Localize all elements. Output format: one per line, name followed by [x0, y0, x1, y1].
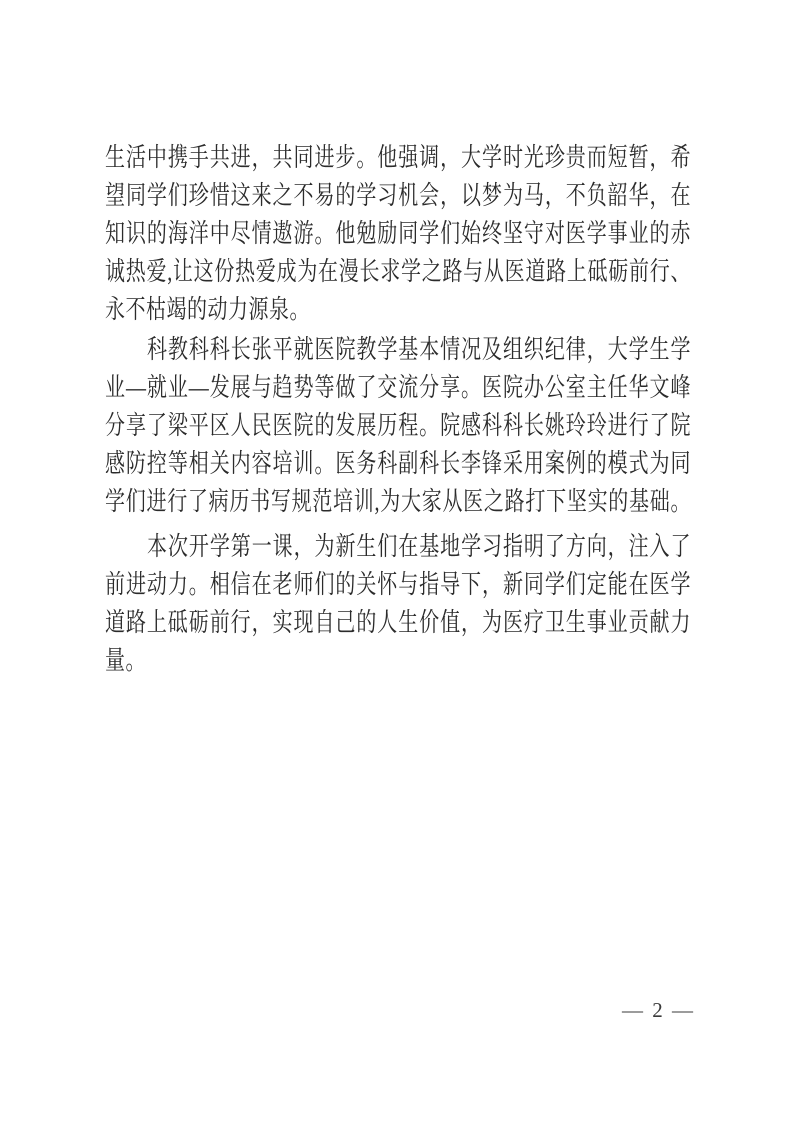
paragraph: 生活中携手共进，共同进步。他强调，大学时光珍贵而短暂，希 望同学们珍惜这来之不易… [105, 139, 691, 329]
paragraph: 科教科科长张平就医院教学基本情况及组织纪律，大学生学 业—就业—发展与趋势等做了… [105, 331, 691, 521]
text-line: 量。 [105, 636, 691, 685]
paragraph: 本次开学第一课，为新生们在基地学习指明了方向，注入了 前进动力。相信在老师们的关… [105, 528, 691, 680]
document-text-block: 生活中携手共进，共同进步。他强调，大学时光珍贵而短暂，希 望同学们珍惜这来之不易… [105, 139, 691, 680]
page-number: — 2 — [622, 998, 695, 1022]
text-line: 学们进行了病历书写规范培训,为大家从医之路打下坚实的基础。 [105, 477, 691, 526]
document-page: 生活中携手共进，共同进步。他强调，大学时光珍贵而短暂，希 望同学们珍惜这来之不易… [0, 0, 793, 1122]
